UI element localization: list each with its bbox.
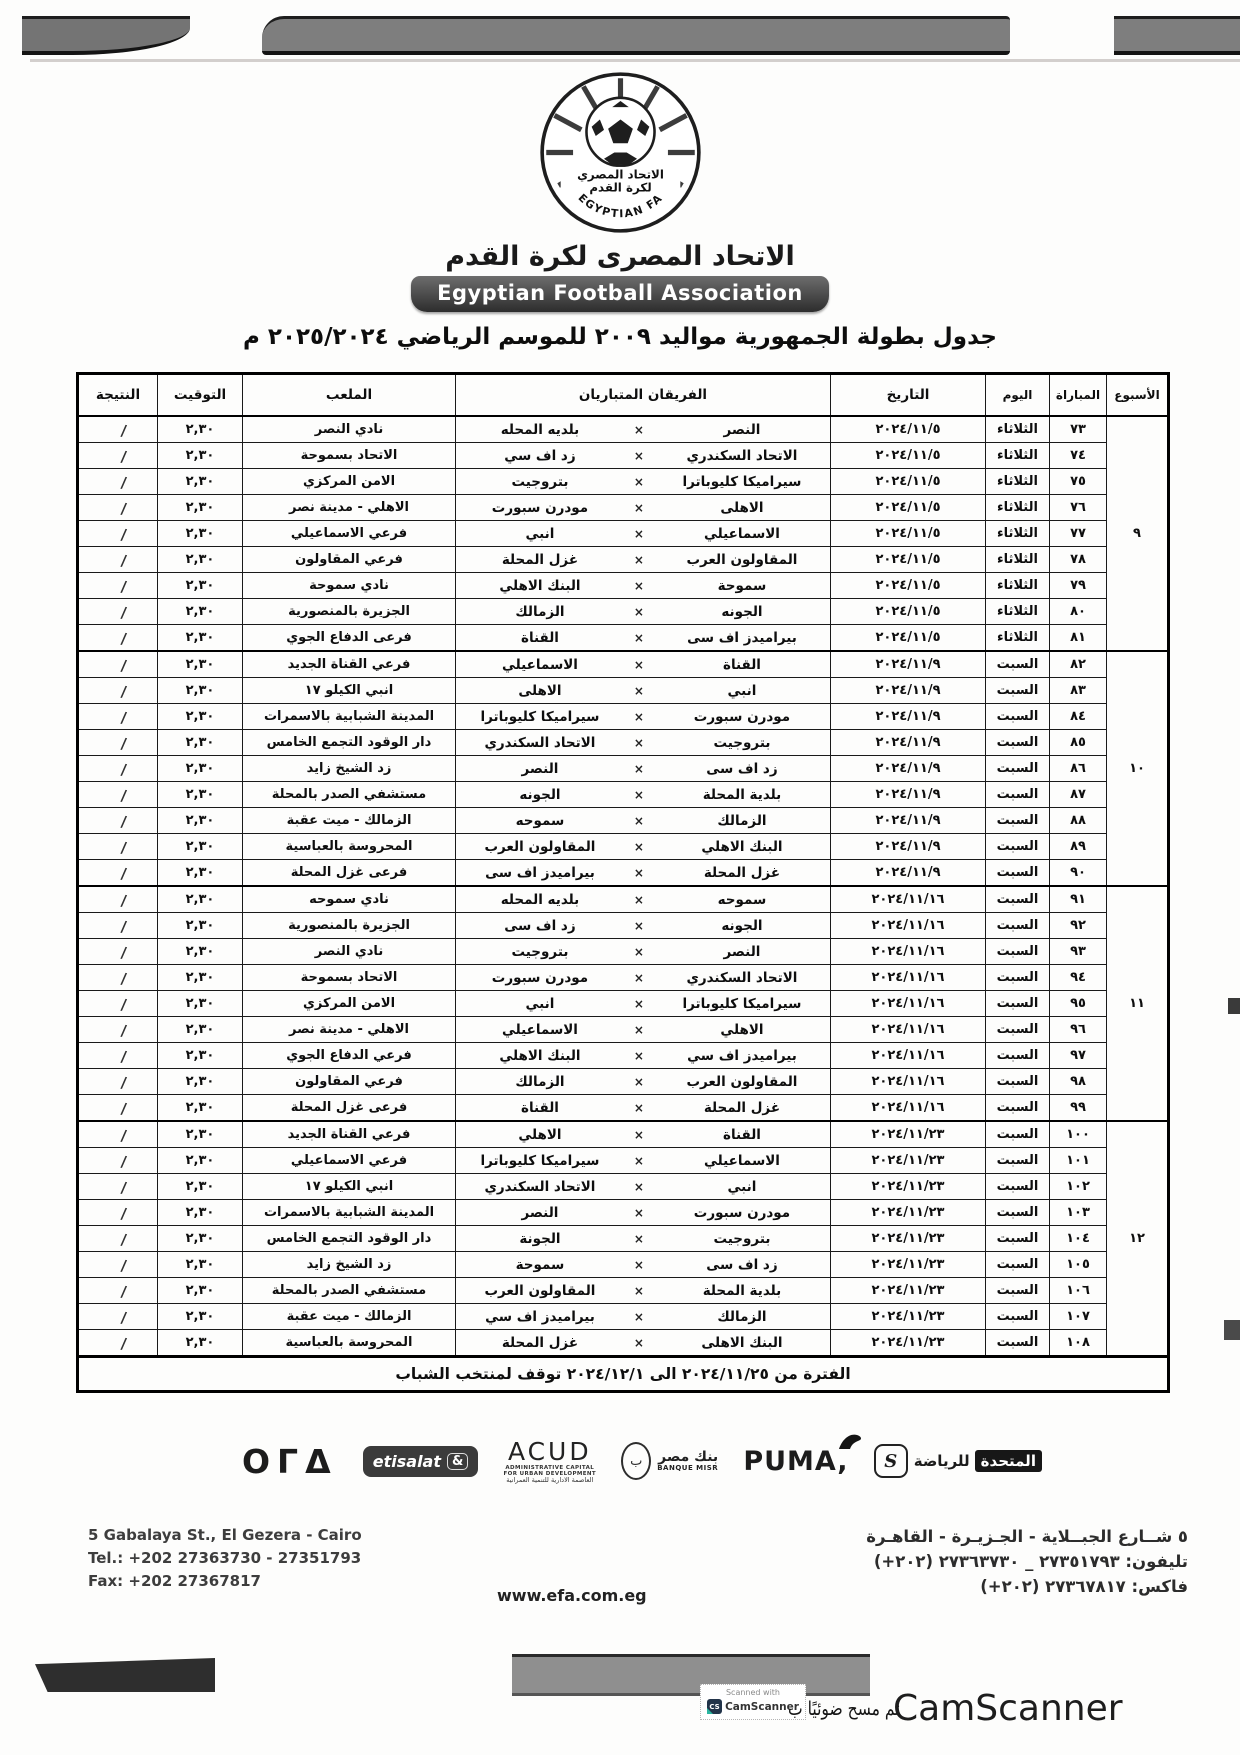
match-number-cell: ٨٦ (1050, 756, 1107, 782)
venue-cell: فرعى غزل المحلة (243, 860, 456, 887)
match-row: ٩٩السبت٢٠٢٤/١١/١٦غزل المحلة×القناةفرعى غ… (78, 1095, 1169, 1122)
versus-mark: × (622, 631, 656, 645)
away-team: بلديه المحله (458, 422, 622, 438)
date-cell: ٢٠٢٤/١١/٢٣ (831, 1200, 986, 1226)
match-row: ١٠٥السبت٢٠٢٤/١١/٢٣زد اف سى×سموحةزد الشيخ… (78, 1252, 1169, 1278)
away-team: غزل المحلة (458, 552, 622, 568)
versus-mark: × (622, 527, 656, 541)
versus-mark: × (622, 501, 656, 515)
week-number-cell: ١٢ (1107, 1121, 1169, 1357)
result-cell: / (78, 573, 158, 599)
result-cell: / (78, 965, 158, 991)
away-team: زد اف سى (458, 918, 622, 934)
kickoff-time-cell: ٢,٣٠ (158, 860, 243, 887)
day-cell: الثلاثاء (986, 625, 1050, 652)
date-cell: ٢٠٢٤/١١/٩ (831, 860, 986, 887)
match-number-cell: ٩٧ (1050, 1043, 1107, 1069)
away-team: بيراميدز اف سي (458, 1309, 622, 1325)
away-team: البنك الاهلي (458, 578, 622, 594)
day-cell: السبت (986, 1017, 1050, 1043)
away-team: البنك الاهلي (458, 1048, 622, 1064)
teams-cell: سيراميكا كليوباترا×بتروجيت (456, 469, 831, 495)
day-cell: السبت (986, 860, 1050, 887)
match-row: ٩٣السبت٢٠٢٤/١١/١٦النصر×بتروجيتنادي النصر… (78, 939, 1169, 965)
versus-mark: × (622, 866, 656, 880)
home-team: الاسماعيلي (656, 1153, 828, 1169)
versus-mark: × (622, 762, 656, 776)
match-row: ٨٠الثلاثاء٢٠٢٤/١١/٥الجونه×الزمالكالجزيرة… (78, 599, 1169, 625)
week-number-cell: ١١ (1107, 886, 1169, 1121)
venue-cell: فرعي القناة الجديد (243, 651, 456, 678)
day-cell: السبت (986, 678, 1050, 704)
day-cell: السبت (986, 808, 1050, 834)
footer-fax-arabic: فاكس: ٢٧٣٦٧٨١٧ (٢٠٢+) (866, 1574, 1188, 1599)
kickoff-time-cell: ٢,٣٠ (158, 1121, 243, 1148)
home-team: القناة (656, 657, 828, 673)
result-cell: / (78, 913, 158, 939)
away-team: القناة (458, 630, 622, 646)
date-cell: ٢٠٢٤/١١/٥ (831, 521, 986, 547)
day-cell: السبت (986, 939, 1050, 965)
date-cell: ٢٠٢٤/١١/٥ (831, 573, 986, 599)
match-row: ٩٦السبت٢٠٢٤/١١/١٦الاهلي×الاسماعيليالاهلي… (78, 1017, 1169, 1043)
result-cell: / (78, 991, 158, 1017)
day-cell: الثلاثاء (986, 599, 1050, 625)
date-cell: ٢٠٢٤/١١/١٦ (831, 991, 986, 1017)
result-cell: / (78, 756, 158, 782)
venue-cell: الامن المركزي (243, 991, 456, 1017)
home-team: النصر (656, 422, 828, 438)
header-week: الأسبوع (1107, 374, 1169, 417)
home-team: المقاولون العرب (656, 1074, 828, 1090)
week-number-cell: ٩ (1107, 416, 1169, 651)
venue-cell: انبي الكيلو ١٧ (243, 1174, 456, 1200)
schedule-table-body: ٩٧٣الثلاثاء٢٠٢٤/١١/٥النصر×بلديه المحلهنا… (78, 416, 1169, 1392)
result-cell: / (78, 469, 158, 495)
teams-cell: المقاولون العرب×الزمالك (456, 1069, 831, 1095)
kickoff-time-cell: ٢,٣٠ (158, 1095, 243, 1122)
kickoff-time-cell: ٢,٣٠ (158, 756, 243, 782)
table-header-row: الأسبوع المباراة اليوم التاريخ الفريقان … (78, 374, 1169, 417)
home-team: مودرن سبورت (656, 709, 828, 725)
match-number-cell: ٩٣ (1050, 939, 1107, 965)
kickoff-time-cell: ٢,٣٠ (158, 1278, 243, 1304)
match-row: ١٢١٠٠السبت٢٠٢٤/١١/٢٣القناة×الاهليفرعي ال… (78, 1121, 1169, 1148)
etisalat-logo: etisalat & (363, 1446, 479, 1477)
header-time: التوقيت (158, 374, 243, 417)
home-team: بتروجيت (656, 735, 828, 751)
home-team: الزمالك (656, 1309, 828, 1325)
camscanner-large-watermark: CamScanner (893, 1688, 1123, 1729)
match-row: ٨٦السبت٢٠٢٤/١١/٩زد اف سى×النصرزد الشيخ ز… (78, 756, 1169, 782)
united-sports-word: للرياضة (914, 1452, 970, 1470)
home-team: الجونه (656, 918, 828, 934)
venue-cell: مستشفي الصدر بالمحلة (243, 782, 456, 808)
match-number-cell: ٨٨ (1050, 808, 1107, 834)
date-cell: ٢٠٢٤/١١/٩ (831, 730, 986, 756)
day-cell: السبت (986, 704, 1050, 730)
versus-mark: × (622, 945, 656, 959)
away-team: بلديه المحله (458, 892, 622, 908)
kickoff-time-cell: ٢,٣٠ (158, 782, 243, 808)
day-cell: السبت (986, 1121, 1050, 1148)
versus-mark: × (622, 971, 656, 985)
home-team: بيراميدز اف سي (656, 1048, 828, 1064)
teams-cell: مودرن سبورت×النصر (456, 1200, 831, 1226)
versus-mark: × (622, 1023, 656, 1037)
away-team: انبي (458, 996, 622, 1012)
away-team: سموحه (458, 813, 622, 829)
match-row: ٩٨السبت٢٠٢٤/١١/١٦المقاولون العرب×الزمالك… (78, 1069, 1169, 1095)
scan-artifact-mark (1228, 998, 1240, 1014)
etisalat-wordmark: etisalat (373, 1452, 441, 1471)
kickoff-time-cell: ٢,٣٠ (158, 443, 243, 469)
match-row: ٨٣السبت٢٠٢٤/١١/٩انبي×الاهلىانبي الكيلو ١… (78, 678, 1169, 704)
day-cell: الثلاثاء (986, 521, 1050, 547)
day-cell: السبت (986, 1148, 1050, 1174)
teams-cell: القناة×الاهلي (456, 1121, 831, 1148)
banque-misr-logo: ب بنك مصر BANQUE MISR (621, 1442, 718, 1480)
camscanner-arabic-watermark: تم مسح ضوئيًا ب (788, 1698, 900, 1720)
result-cell: / (78, 704, 158, 730)
home-team: سموحه (656, 892, 828, 908)
result-cell: / (78, 1017, 158, 1043)
versus-mark: × (622, 893, 656, 907)
scanned-with-label: Scanned with (706, 1688, 800, 1697)
match-number-cell: ١٠٢ (1050, 1174, 1107, 1200)
venue-cell: الاهلي - مدينة نصر (243, 495, 456, 521)
venue-cell: دار الوقود التجمع الخامس (243, 730, 456, 756)
kickoff-time-cell: ٢,٣٠ (158, 1148, 243, 1174)
camscanner-cs-icon: CS (707, 1699, 722, 1714)
result-cell: / (78, 1252, 158, 1278)
teams-cell: بتروجيت×الاتحاد السكندري (456, 730, 831, 756)
day-cell: السبت (986, 913, 1050, 939)
date-cell: ٢٠٢٤/١١/٢٣ (831, 1174, 986, 1200)
date-cell: ٢٠٢٤/١١/٢٣ (831, 1121, 986, 1148)
match-number-cell: ٨٩ (1050, 834, 1107, 860)
date-cell: ٢٠٢٤/١١/٩ (831, 704, 986, 730)
result-cell: / (78, 1095, 158, 1122)
versus-mark: × (622, 710, 656, 724)
match-number-cell: ٧٦ (1050, 495, 1107, 521)
versus-mark: × (622, 997, 656, 1011)
home-team: الزمالك (656, 813, 828, 829)
away-team: الزمالك (458, 1074, 622, 1090)
venue-cell: الاتحاد بسموحة (243, 443, 456, 469)
teams-cell: بلدية المحلة×المقاولون العرب (456, 1278, 831, 1304)
acud-subtitle-arabic: العاصمة الادارية للتنمية العمرانية (503, 1477, 596, 1484)
match-row: ١٠٣السبت٢٠٢٤/١١/٢٣مودرن سبورت×النصرالمدي… (78, 1200, 1169, 1226)
kickoff-time-cell: ٢,٣٠ (158, 678, 243, 704)
date-cell: ٢٠٢٤/١١/١٦ (831, 965, 986, 991)
kickoff-time-cell: ٢,٣٠ (158, 834, 243, 860)
kickoff-time-cell: ٢,٣٠ (158, 1226, 243, 1252)
kickoff-time-cell: ٢,٣٠ (158, 1069, 243, 1095)
puma-logo: PUMA, (743, 1446, 848, 1477)
date-cell: ٢٠٢٤/١١/٥ (831, 416, 986, 443)
match-row: ٩٠السبت٢٠٢٤/١١/٩غزل المحلة×بيراميدز اف س… (78, 860, 1169, 887)
match-number-cell: ٨٣ (1050, 678, 1107, 704)
teams-cell: البنك الاهلي×المقاولون العرب (456, 834, 831, 860)
match-number-cell: ١٠٨ (1050, 1330, 1107, 1357)
scanned-document-page: الاتحاد المصري لكرة القدم EGYPTIAN FA ال… (0, 0, 1240, 1755)
match-number-cell: ٩٢ (1050, 913, 1107, 939)
result-cell: / (78, 625, 158, 652)
away-team: سموحة (458, 1257, 622, 1273)
home-team: زد اف سى (656, 761, 828, 777)
teams-cell: الاتحاد السكندري×مودرن سبورت (456, 965, 831, 991)
date-cell: ٢٠٢٤/١١/٥ (831, 625, 986, 652)
day-cell: السبت (986, 782, 1050, 808)
date-cell: ٢٠٢٤/١١/١٦ (831, 1095, 986, 1122)
match-number-cell: ٧٨ (1050, 547, 1107, 573)
break-note-row: الفترة من ٢٠٢٤/١١/٢٥ الى ٢٠٢٤/١٢/١ توقف … (78, 1357, 1169, 1392)
venue-cell: الجزيرة بالمنصورية (243, 913, 456, 939)
result-cell: / (78, 521, 158, 547)
teams-cell: النصر×بتروجيت (456, 939, 831, 965)
day-cell: السبت (986, 1226, 1050, 1252)
banque-misr-emblem-icon: ب (621, 1442, 651, 1480)
teams-cell: غزل المحلة×بيراميدز اف سى (456, 860, 831, 887)
versus-mark: × (622, 840, 656, 854)
home-team: سموحة (656, 578, 828, 594)
date-cell: ٢٠٢٤/١١/١٦ (831, 1043, 986, 1069)
result-cell: / (78, 1330, 158, 1357)
day-cell: السبت (986, 1252, 1050, 1278)
home-team: بلدية المحلة (656, 1283, 828, 1299)
venue-cell: الامن المركزي (243, 469, 456, 495)
date-cell: ٢٠٢٤/١١/١٦ (831, 886, 986, 913)
date-cell: ٢٠٢٤/١١/١٦ (831, 913, 986, 939)
match-row: ١٠٢السبت٢٠٢٤/١١/٢٣انبي×الاتحاد السكندريا… (78, 1174, 1169, 1200)
sponsors-row: OΓΔ etisalat & ACUD ADMINISTRATIVE CAPIT… (242, 1428, 1042, 1494)
scan-artifact-bar (512, 1654, 870, 1696)
teams-cell: زد اف سى×سموحة (456, 1252, 831, 1278)
teams-cell: النصر×بلديه المحله (456, 416, 831, 443)
away-team: الاهلي (458, 1127, 622, 1143)
scan-artifact-mark (1224, 1320, 1240, 1340)
match-number-cell: ١٠١ (1050, 1148, 1107, 1174)
venue-cell: الجزيرة بالمنصورية (243, 599, 456, 625)
venue-cell: الاهلي - مدينة نصر (243, 1017, 456, 1043)
day-cell: السبت (986, 1095, 1050, 1122)
kickoff-time-cell: ٢,٣٠ (158, 1200, 243, 1226)
teams-cell: البنك الاهلى×غزل المحلة (456, 1330, 831, 1357)
match-number-cell: ١٠٤ (1050, 1226, 1107, 1252)
kickoff-time-cell: ٢,٣٠ (158, 808, 243, 834)
result-cell: / (78, 599, 158, 625)
puma-cat-icon (837, 1432, 863, 1450)
teams-cell: الاسماعيلي×انبي (456, 521, 831, 547)
teams-cell: الاتحاد السكندري×زد اف سي (456, 443, 831, 469)
match-row: ٧٧الثلاثاء٢٠٢٤/١١/٥الاسماعيلي×انبيفرعي ا… (78, 521, 1169, 547)
teams-cell: غزل المحلة×القناة (456, 1095, 831, 1122)
puma-wordmark: PUMA, (743, 1446, 848, 1477)
teams-cell: الاهلى×مودرن سبورت (456, 495, 831, 521)
teams-cell: الجونه×الزمالك (456, 599, 831, 625)
result-cell: / (78, 1200, 158, 1226)
home-team: انبي (656, 1179, 828, 1195)
header-teams: الفريقان المتباريان (456, 374, 831, 417)
youth-team-break-note: الفترة من ٢٠٢٤/١١/٢٥ الى ٢٠٢٤/١٢/١ توقف … (78, 1357, 1169, 1392)
kickoff-time-cell: ٢,٣٠ (158, 704, 243, 730)
result-cell: / (78, 1148, 158, 1174)
result-cell: / (78, 443, 158, 469)
teams-cell: الزمالك×بيراميدز اف سي (456, 1304, 831, 1330)
venue-cell: فرعى الدفاع الجوي (243, 625, 456, 652)
match-number-cell: ٩٥ (1050, 991, 1107, 1017)
match-number-cell: ٨٠ (1050, 599, 1107, 625)
match-row: ٩٧٣الثلاثاء٢٠٢٤/١١/٥النصر×بلديه المحلهنا… (78, 416, 1169, 443)
match-number-cell: ١٠٦ (1050, 1278, 1107, 1304)
home-team: النصر (656, 944, 828, 960)
away-team: الاتحاد السكندري (458, 735, 622, 751)
result-cell: / (78, 1043, 158, 1069)
away-team: غزل المحلة (458, 1335, 622, 1351)
match-number-cell: ٩٤ (1050, 965, 1107, 991)
result-cell: / (78, 808, 158, 834)
match-row: ١٠١السبت٢٠٢٤/١١/٢٣الاسماعيلي×سيراميكا كل… (78, 1148, 1169, 1174)
match-row: ١٠٦السبت٢٠٢٤/١١/٢٣بلدية المحلة×المقاولون… (78, 1278, 1169, 1304)
date-cell: ٢٠٢٤/١١/٢٣ (831, 1148, 986, 1174)
away-team: بيراميدز اف سى (458, 865, 622, 881)
match-number-cell: ٨١ (1050, 625, 1107, 652)
date-cell: ٢٠٢٤/١١/٥ (831, 599, 986, 625)
result-cell: / (78, 782, 158, 808)
venue-cell: فرعي المقاولون (243, 547, 456, 573)
home-team: البنك الاهلى (656, 1335, 828, 1351)
away-team: بتروجيت (458, 944, 622, 960)
away-team: الاسماعيلي (458, 657, 622, 673)
date-cell: ٢٠٢٤/١١/٥ (831, 547, 986, 573)
versus-mark: × (622, 475, 656, 489)
match-number-cell: ٧٩ (1050, 573, 1107, 599)
acud-wordmark: ACUD (503, 1438, 596, 1466)
day-cell: الثلاثاء (986, 573, 1050, 599)
kickoff-time-cell: ٢,٣٠ (158, 730, 243, 756)
teams-cell: القناة×الاسماعيلي (456, 651, 831, 678)
home-team: زد اف سى (656, 1257, 828, 1273)
match-number-cell: ٨٧ (1050, 782, 1107, 808)
match-row: ٩٢السبت٢٠٢٤/١١/١٦الجونه×زد اف سىالجزيرة … (78, 913, 1169, 939)
date-cell: ٢٠٢٤/١١/٢٣ (831, 1330, 986, 1357)
date-cell: ٢٠٢٤/١١/١٦ (831, 939, 986, 965)
venue-cell: فرعي الدفاع الجوي (243, 1043, 456, 1069)
away-team: الاتحاد السكندري (458, 1179, 622, 1195)
efa-crest-logo: الاتحاد المصري لكرة القدم EGYPTIAN FA (538, 70, 703, 235)
venue-cell: فرعي المقاولون (243, 1069, 456, 1095)
date-cell: ٢٠٢٤/١١/٢٣ (831, 1252, 986, 1278)
away-team: سيراميكا كليوباترا (458, 709, 622, 725)
home-team: الاتحاد السكندري (656, 970, 828, 986)
date-cell: ٢٠٢٤/١١/٢٣ (831, 1304, 986, 1330)
versus-mark: × (622, 449, 656, 463)
organization-name-english-banner: Egyptian Football Association (411, 276, 829, 312)
venue-cell: الزمالك - ميت عقبة (243, 808, 456, 834)
versus-mark: × (622, 1128, 656, 1142)
match-number-cell: ٨٤ (1050, 704, 1107, 730)
date-cell: ٢٠٢٤/١١/٩ (831, 782, 986, 808)
day-cell: الثلاثاء (986, 469, 1050, 495)
away-team: القناة (458, 1100, 622, 1116)
versus-mark: × (622, 605, 656, 619)
match-number-cell: ١٠٠ (1050, 1121, 1107, 1148)
teams-cell: زد اف سى×النصر (456, 756, 831, 782)
match-row: ٧٦الثلاثاء٢٠٢٤/١١/٥الاهلى×مودرن سبورتالا… (78, 495, 1169, 521)
versus-mark: × (622, 579, 656, 593)
date-cell: ٢٠٢٤/١١/١٦ (831, 1069, 986, 1095)
teams-cell: بتروجيت×الجونة (456, 1226, 831, 1252)
versus-mark: × (622, 553, 656, 567)
away-team: بتروجيت (458, 474, 622, 490)
home-team: بلدية المحلة (656, 787, 828, 803)
day-cell: الثلاثاء (986, 443, 1050, 469)
day-cell: السبت (986, 834, 1050, 860)
date-cell: ٢٠٢٤/١١/٢٣ (831, 1226, 986, 1252)
kickoff-time-cell: ٢,٣٠ (158, 1304, 243, 1330)
day-cell: السبت (986, 651, 1050, 678)
versus-mark: × (622, 1336, 656, 1350)
venue-cell: نادي النصر (243, 416, 456, 443)
away-team: المقاولون العرب (458, 839, 622, 855)
venue-cell: نادي سموحه (243, 886, 456, 913)
result-cell: / (78, 1069, 158, 1095)
day-cell: الثلاثاء (986, 547, 1050, 573)
match-row: ٨٩السبت٢٠٢٤/١١/٩البنك الاهلي×المقاولون ا… (78, 834, 1169, 860)
versus-mark: × (622, 919, 656, 933)
away-team: الاسماعيلي (458, 1022, 622, 1038)
versus-mark: × (622, 1206, 656, 1220)
day-cell: الثلاثاء (986, 495, 1050, 521)
day-cell: السبت (986, 756, 1050, 782)
venue-cell: انبي الكيلو ١٧ (243, 678, 456, 704)
venue-cell: نادي النصر (243, 939, 456, 965)
result-cell: / (78, 651, 158, 678)
schedule-table-container: الأسبوع المباراة اليوم التاريخ الفريقان … (76, 372, 1170, 1393)
date-cell: ٢٠٢٤/١١/٢٣ (831, 1278, 986, 1304)
day-cell: السبت (986, 991, 1050, 1017)
teams-cell: انبي×الاتحاد السكندري (456, 1174, 831, 1200)
venue-cell: المحروسة بالعباسية (243, 834, 456, 860)
versus-mark: × (622, 423, 656, 437)
home-team: انبي (656, 683, 828, 699)
away-team: زد اف سي (458, 448, 622, 464)
date-cell: ٢٠٢٤/١١/١٦ (831, 1017, 986, 1043)
versus-mark: × (622, 1232, 656, 1246)
teams-cell: بلدية المحلة×الجونه (456, 782, 831, 808)
acud-logo: ACUD ADMINISTRATIVE CAPITAL FOR URBAN DE… (503, 1438, 596, 1485)
result-cell: / (78, 416, 158, 443)
match-row: ٨٤السبت٢٠٢٤/١١/٩مودرن سبورت×سيراميكا كلي… (78, 704, 1169, 730)
kickoff-time-cell: ٢,٣٠ (158, 416, 243, 443)
versus-mark: × (622, 1180, 656, 1194)
footer-telephone-english: Tel.: +202 27363730 - 27351793 (88, 1547, 362, 1570)
match-row: ٨٥السبت٢٠٢٤/١١/٩بتروجيت×الاتحاد السكندري… (78, 730, 1169, 756)
away-team: الاهلى (458, 683, 622, 699)
etisalat-mark-icon: & (447, 1453, 468, 1470)
date-cell: ٢٠٢٤/١١/٥ (831, 469, 986, 495)
banque-misr-arabic: بنك مصر (657, 1450, 718, 1464)
home-team: مودرن سبورت (656, 1205, 828, 1221)
venue-cell: فرعي الاسماعيلي (243, 1148, 456, 1174)
united-sports-boxed-word: المتحدة (975, 1450, 1042, 1472)
home-team: الاتحاد السكندري (656, 448, 828, 464)
match-number-cell: ١٠٥ (1050, 1252, 1107, 1278)
match-row: ١٠٨٢السبت٢٠٢٤/١١/٩القناة×الاسماعيليفرعي … (78, 651, 1169, 678)
header-day: اليوم (986, 374, 1050, 417)
home-team: بيراميدز اف سى (656, 630, 828, 646)
